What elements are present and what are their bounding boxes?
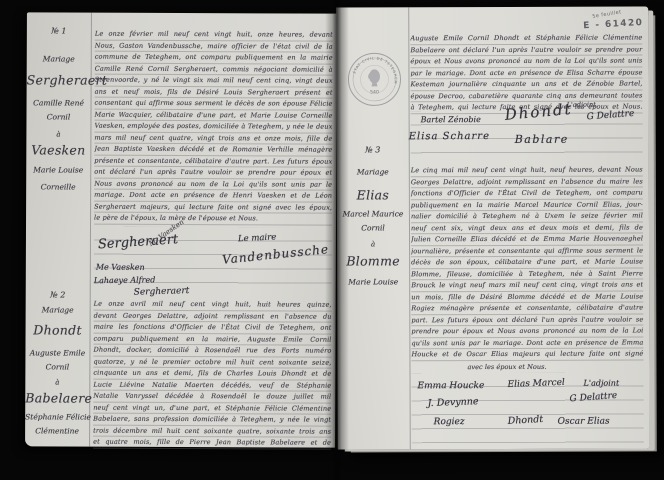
hw-line: fonctions d'Officier de l'État Civil de … (411, 187, 643, 199)
hw-line: consentant qui affirme sous serment le d… (95, 98, 333, 111)
act3-witness1-signature: Emma Houcke (418, 381, 485, 391)
hw-line: Rogiez ménagère présente et consentante,… (411, 302, 643, 314)
act1-groom-surname: Sergheraert (27, 72, 91, 87)
act2-groom-given2: Cornil (25, 362, 89, 371)
hw-line: Jean Baptiste Vaesken décédé et de Roman… (94, 144, 332, 157)
act1-officer-label: Le maire (238, 232, 277, 244)
act3-bride-signature: Oscar Elias (558, 417, 610, 427)
hw-line: Blomme, fileuse, domiciliée à Teteghem, … (411, 268, 643, 280)
act1-number: № 1 (27, 26, 91, 35)
act3-type: Mariage (337, 167, 409, 176)
hw-line: Nous avons prononcé au nom de la Loi qu'… (94, 178, 332, 191)
act3-number: № 3 (337, 145, 409, 154)
act1-bride-surname: Vaesken (26, 142, 90, 157)
hw-line: Le onze février mil neuf cent vingt huit… (95, 29, 333, 42)
hw-line: Julien Corneille Elias décédé et de Emma… (411, 233, 643, 245)
act3-conjunction: à (337, 240, 409, 248)
hw-line: Marie Wacquier, célibataire d'une part, … (94, 109, 332, 122)
hw-line: neuf cent six, vingt deux ans et deux mo… (411, 222, 643, 234)
hw-line: Kesteman journalière cinquante un ans et… (410, 78, 642, 90)
act2-groom-given: Auguste Emile (25, 348, 89, 357)
act3-bride-given: Marie Louise (337, 277, 409, 286)
hw-line: Dhondt, docker, domicilié à Rosendaël ru… (93, 345, 331, 358)
hw-line: époux et Nous avons prononcé au nom de l… (410, 55, 642, 67)
act2-groom-surname: Dhondt (26, 322, 90, 337)
act1-bride-given: Marie Louise (26, 165, 90, 174)
hw-line: et quatre mois, fille de Pierre Jean Bap… (93, 437, 331, 450)
act3-groom-surname: Elias (337, 187, 409, 202)
hw-line: Georges Delattre, adjoint remplissant en… (411, 176, 643, 188)
hw-line: publiquement en la mairie Marcel Maurice… (411, 199, 643, 211)
hw-line: journalière, présente et consentante qui… (411, 245, 643, 257)
act3-closing-fragment: avec les époux et Nous. (467, 363, 546, 371)
hw-line: Camille René Cornil Sergheraert, commis … (95, 63, 333, 76)
act2-bride-signature: Bablare (515, 133, 569, 146)
hw-line: Babelaere ont déclaré l'un après l'autre… (410, 44, 642, 56)
act3-groom-given2: Cornil (337, 223, 409, 232)
act2-witness1-signature: Bartel Zénobie (421, 115, 481, 124)
act2-conjunction: à (25, 378, 89, 386)
hw-line: Vaesken, employée des postes, domiciliée… (94, 121, 332, 134)
hw-line: Auguste Emile Cornil Dhondt et Stéphanie… (410, 32, 642, 44)
hw-line: un mois, fille de Désiré Blomme décédé e… (411, 291, 643, 303)
hw-line: Babelaere, sans profession domiciliée à … (93, 414, 331, 427)
hw-line: maire les fonctions d'Officier de l'État… (94, 322, 332, 335)
act3-groom-given: Marcel Maurice (337, 209, 409, 218)
act3-mother-signature: Rogiez (434, 417, 465, 427)
act1-witness1-signature: Me Vaesken (96, 263, 145, 272)
act2-witness2-signature: Elisa Scharre (409, 131, 490, 142)
archive-number-stamp: E - 61420 (574, 17, 652, 31)
act2-text: Le onze avril mil neuf cent vingt huit, … (93, 299, 332, 450)
hw-line: neuf cent vingt un, d'une part, et Stéph… (93, 402, 331, 415)
hw-line: mars mil neuf cent quatre, vingt trois a… (94, 132, 332, 145)
hw-line: commune de Teteghem, ont comparu publiqu… (95, 52, 333, 65)
act1-type: Mariage (27, 54, 91, 63)
act3-text: Le cinq mai mil neuf cent vingt huit, ne… (411, 164, 644, 360)
act3-extra-signature: Dhondt (507, 414, 543, 427)
hw-line: quatorze, y né le premier octobre mil hu… (93, 356, 331, 369)
hw-line: Natalie Vanryssel décédée à Rosendaël le… (93, 391, 331, 404)
right-margin-column: · ÉTAT CIVIL DE TETEGHEM · 540 № 3 Maria… (336, 7, 411, 449)
register-scan: № 1 Mariage Sergheraert Camille René Cor… (0, 0, 664, 480)
hw-line: Brouck le vingt neuf mars mil neuf cent … (411, 279, 643, 291)
act2-type: Mariage (26, 305, 90, 314)
hw-line: trois décembre mil huit cent soixante qu… (93, 425, 331, 438)
seal-number: 540 (370, 89, 379, 95)
act1-groom-given2: Cornil (26, 112, 90, 121)
hw-line: décès de son époux, célibataire d'une pa… (411, 256, 643, 268)
hw-line: Nous, Gaston Vandenbussche, maire offici… (95, 40, 333, 53)
act2-number: № 2 (26, 290, 90, 299)
act2-continuation-text: Auguste Emile Cornil Dhondt et Stéphanie… (410, 32, 642, 113)
hw-line: Steenvoorde, y né le vingt six mai mil n… (95, 75, 333, 88)
hw-line: le père de l'époux, la mère de l'épouse … (94, 213, 332, 226)
hw-line: ans et neuf mois, fils de Désiré Louis S… (95, 86, 333, 99)
act2-bride-surname: Babelaere (25, 390, 89, 405)
hw-line: cinquante un ans et demi, fils de Charle… (93, 368, 331, 381)
act1-bride-given2: Corneille (26, 182, 90, 191)
hw-line: Lucie Liévine Natalie Maerten décédés, v… (93, 379, 331, 392)
hw-line: par le mariage. Dont acte en présence de… (410, 67, 642, 79)
act3-adjoint-label: L'adjoint (584, 379, 620, 388)
hw-line: qu'ils sont unis par le mariage. Dont ac… (411, 337, 643, 349)
act1-witness2-signature: Lahaeye Alfred (94, 275, 156, 285)
act1-groom-given: Camille René (27, 98, 91, 107)
hw-line: Le onze avril mil neuf cent vingt huit, … (94, 299, 332, 312)
act2-bride-given2: Clémentine (25, 426, 89, 435)
hw-line: présente et consentante, célibataire d'a… (94, 155, 332, 168)
marianne-head-icon (368, 69, 380, 86)
hw-line: nalier domicilié à Teteghem né à Uxem le… (411, 210, 643, 222)
act1-text: Le onze février mil neuf cent vingt huit… (94, 29, 333, 226)
act2-bride-given: Stéphanie Félicie (25, 412, 89, 421)
left-page: № 1 Mariage Sergheraert Camille René Cor… (25, 12, 337, 447)
hw-line: prendre pour époux et Nous avons prononc… (411, 325, 643, 337)
act3-witness2-signature: J. Devynne (427, 396, 478, 409)
hw-line: Houcke et de Oscar Elias majeurs qui lec… (411, 348, 643, 360)
act1-conjunction: à (26, 130, 90, 138)
hw-line: ont déclaré l'un après l'autre vouloir s… (94, 167, 332, 180)
hw-line: épouse Decroo, cabaretière quarante cinq… (411, 90, 643, 102)
right-page: · ÉTAT CIVIL DE TETEGHEM · 540 № 3 Maria… (336, 6, 650, 449)
hw-line: comparu publiquement en la mairie, Augus… (93, 333, 331, 346)
act3-bride-surname: Blomme (337, 253, 409, 268)
act1-father-signature: Sergheraert (134, 286, 190, 298)
left-margin-column: № 1 Mariage Sergheraert Camille René Cor… (25, 12, 92, 446)
hw-line: devant Georges Delattre, adjoint remplis… (94, 310, 332, 323)
hw-line: mariage. Dont acte en présence de Henri … (94, 190, 332, 203)
hw-line: Le cinq mai mil neuf cent vingt huit, ne… (411, 164, 643, 176)
hw-line: Sergheraert majeurs, qui lecture faite o… (94, 201, 332, 214)
hw-line: part. Les futurs époux ont déclaré l'un … (411, 314, 643, 326)
official-seal: · ÉTAT CIVIL DE TETEGHEM · 540 (344, 49, 404, 109)
